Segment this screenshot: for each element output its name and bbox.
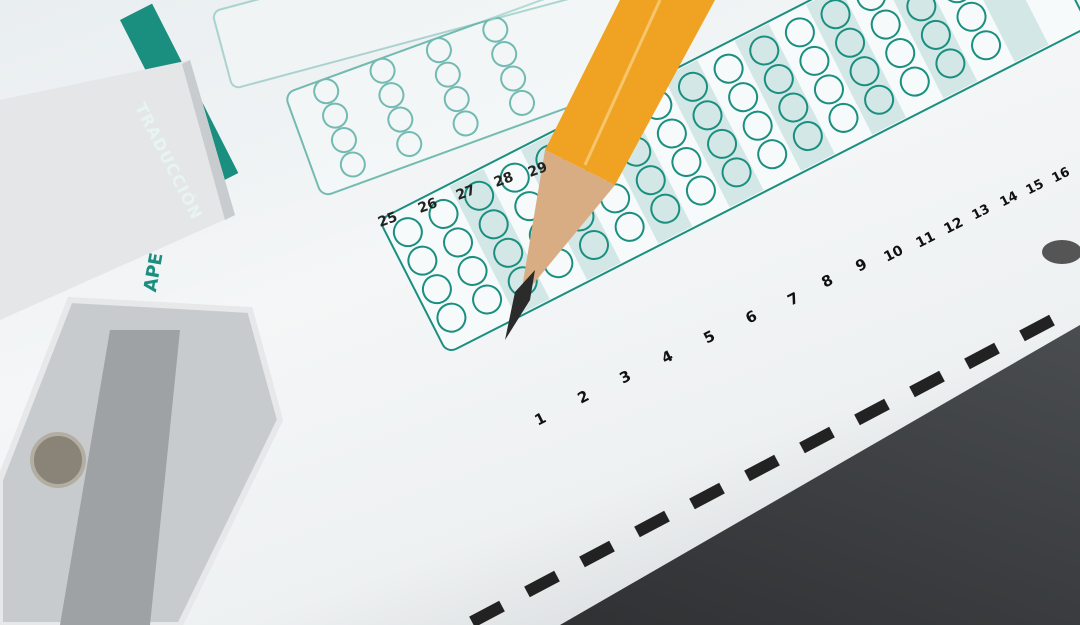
scene-drawing bbox=[0, 0, 1080, 625]
sharpener bbox=[0, 300, 280, 625]
sheet-hole bbox=[1042, 240, 1080, 264]
timing-marks bbox=[469, 315, 1055, 625]
photo-scene: TRADUCCIÓN APE 1 2 3 4 5 6 7 8 9 10 11 1… bbox=[0, 0, 1080, 625]
eraser bbox=[0, 60, 235, 320]
